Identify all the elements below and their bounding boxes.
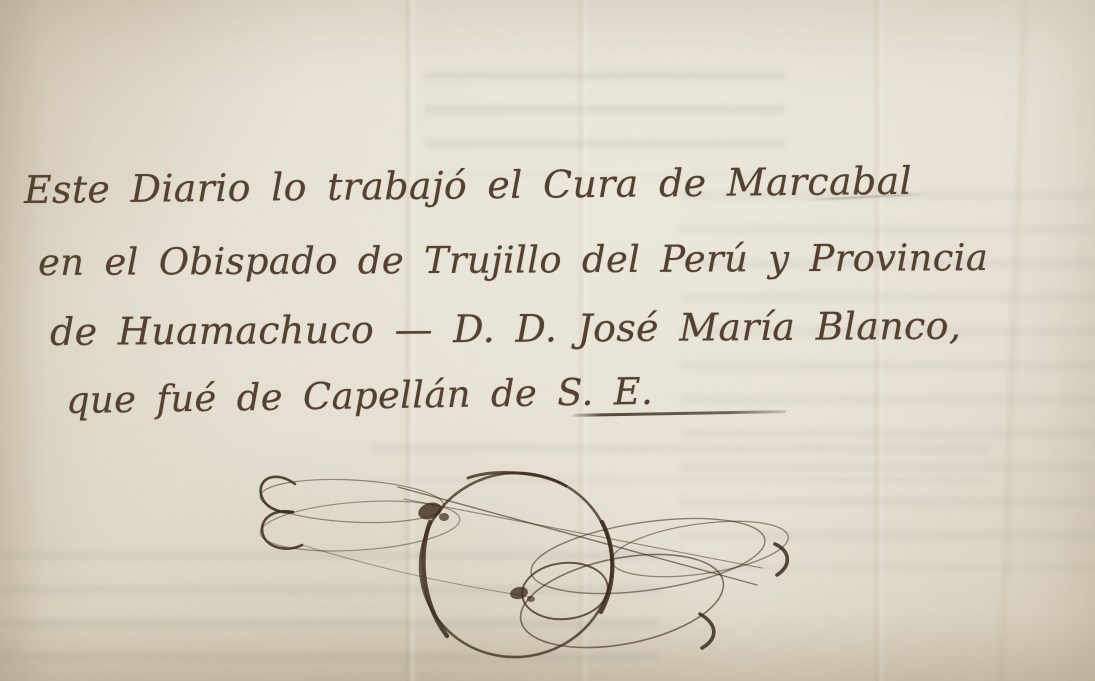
- handwritten-line-4: que fué de Capellán de S. E.: [66, 370, 654, 422]
- manuscript-page: Este Diario lo trabajó el Cura de Marcab…: [0, 0, 1095, 681]
- bleedthrough-ghost-text: [425, 55, 785, 175]
- handwritten-line-3: de Huamachuco — D. D. José María Blanco,: [50, 304, 961, 354]
- handwritten-line-1: Este Diario lo trabajó el Cura de Marcab…: [24, 159, 912, 212]
- handwritten-line-2: en el Obispado de Trujillo del Perú y Pr…: [38, 236, 988, 284]
- signature-rubric: [248, 455, 812, 667]
